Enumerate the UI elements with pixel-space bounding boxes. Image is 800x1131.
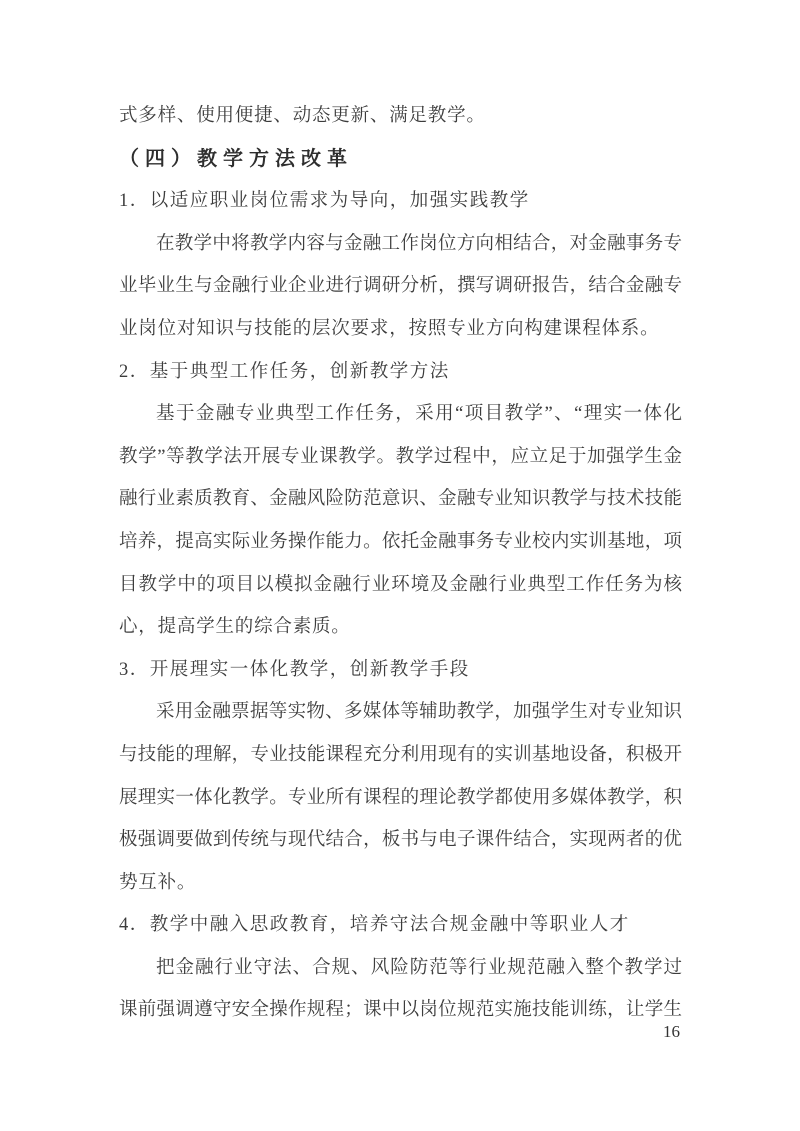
text-line: 融行业素质教育、金融风险防范意识、金融专业知识教学与技术技能 [119, 478, 682, 521]
text-line: 势互补。 [119, 862, 682, 905]
text-line: 业毕业生与金融行业企业进行调研分析，撰写调研报告，结合金融专 [119, 265, 682, 308]
numbered-item-title-3: 3．开展理实一体化教学，创新教学手段 [119, 649, 682, 692]
text-line: 基于金融专业典型工作任务，采用“项目教学”、“理实一体化 [119, 393, 682, 436]
text-line: 心，提高学生的综合素质。 [119, 606, 682, 649]
text-line: 培养，提高实际业务操作能力。依托金融事务专业校内实训基地，项 [119, 521, 682, 564]
section-heading: （四）教学方法改革 [119, 138, 682, 181]
page-body-text: 式多样、使用便捷、动态更新、满足教学。 （四）教学方法改革 1．以适应职业岗位需… [119, 95, 682, 1032]
text-line: 极强调要做到传统与现代结合，板书与电子课件结合，实现两者的优 [119, 819, 682, 862]
numbered-item-title-4: 4．教学中融入思政教育，培养守法合规金融中等职业人才 [119, 904, 682, 947]
page-number: 16 [0, 1022, 680, 1042]
paragraph-continuation-line: 式多样、使用便捷、动态更新、满足教学。 [119, 95, 682, 138]
text-line: 目教学中的项目以模拟金融行业环境及金融行业典型工作任务为核 [119, 564, 682, 607]
text-line: 业岗位对知识与技能的层次要求，按照专业方向构建课程体系。 [119, 308, 682, 351]
text-line: 在教学中将教学内容与金融工作岗位方向相结合，对金融事务专 [119, 223, 682, 266]
text-line: 教学”等教学法开展专业课教学。教学过程中，应立足于加强学生金 [119, 436, 682, 479]
document-page: 式多样、使用便捷、动态更新、满足教学。 （四）教学方法改革 1．以适应职业岗位需… [0, 0, 800, 1131]
text-line: 把金融行业守法、合规、风险防范等行业规范融入整个教学过程。 [119, 947, 682, 990]
text-line: 采用金融票据等实物、多媒体等辅助教学，加强学生对专业知识 [119, 691, 682, 734]
text-line: 与技能的理解，专业技能课程充分利用现有的实训基地设备，积极开 [119, 734, 682, 777]
numbered-item-title-2: 2．基于典型工作任务，创新教学方法 [119, 351, 682, 394]
text-line: 展理实一体化教学。专业所有课程的理论教学都使用多媒体教学，积 [119, 777, 682, 820]
numbered-item-title-1: 1．以适应职业岗位需求为导向，加强实践教学 [119, 180, 682, 223]
